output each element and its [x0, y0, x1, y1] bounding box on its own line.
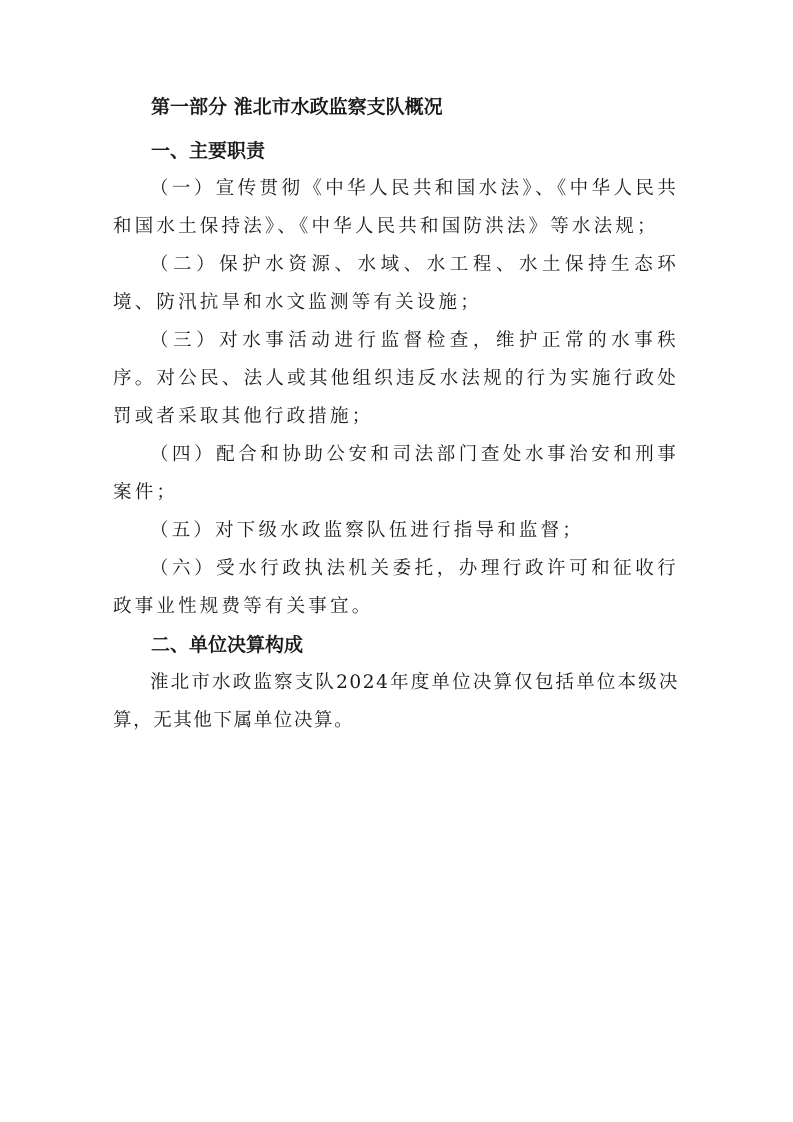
duty-paragraph-2: （二）保护水资源、水域、水工程、水土保持生态环境、防汛抗旱和水文监测等有关设施；: [113, 246, 679, 322]
document-page: 第一部分 淮北市水政监察支队概况 一、主要职责 （一）宣传贯彻《中华人民共和国水…: [113, 88, 679, 740]
section-heading: 二、单位决算构成: [113, 626, 679, 664]
duty-paragraph-5: （五）对下级水政监察队伍进行指导和监督；: [113, 512, 679, 550]
section-budget-composition: 二、单位决算构成 淮北市水政监察支队2024年度单位决算仅包括单位本级决算，无其…: [113, 626, 679, 740]
budget-paragraph: 淮北市水政监察支队2024年度单位决算仅包括单位本级决算，无其他下属单位决算。: [113, 664, 679, 740]
part-title: 第一部分 淮北市水政监察支队概况: [113, 88, 679, 126]
duty-paragraph-3: （三）对水事活动进行监督检查，维护正常的水事秩序。对公民、法人或其他组织违反水法…: [113, 322, 679, 436]
section-heading: 一、主要职责: [113, 132, 679, 170]
section-main-duties: 一、主要职责 （一）宣传贯彻《中华人民共和国水法》、《中华人民共和国水土保持法》…: [113, 132, 679, 626]
duty-paragraph-6: （六）受水行政执法机关委托，办理行政许可和征收行政事业性规费等有关事宜。: [113, 550, 679, 626]
duty-paragraph-4: （四）配合和协助公安和司法部门查处水事治安和刑事案件；: [113, 436, 679, 512]
duty-paragraph-1: （一）宣传贯彻《中华人民共和国水法》、《中华人民共和国水土保持法》、《中华人民共…: [113, 170, 679, 246]
